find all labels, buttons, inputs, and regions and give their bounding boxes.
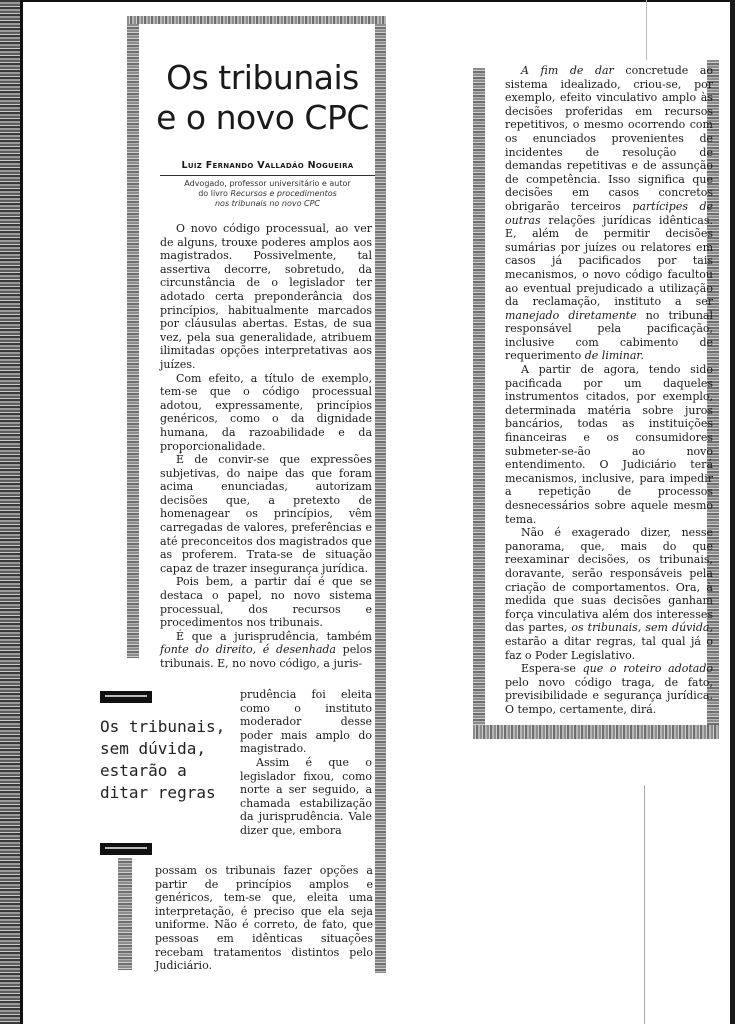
paragraph: É de convir-se que expressões subjetivas…: [160, 453, 372, 575]
scan-edge-left: [0, 0, 22, 1024]
paragraph: Assim é que o legislador fixou, como nor…: [240, 756, 372, 838]
left-column-bottom: possam os tribunais fazer opções a parti…: [155, 864, 373, 973]
paragraph: prudência foi eleita como o instituto mo…: [240, 688, 372, 756]
right-column-body: A fim de dar concretude ao sistema ideal…: [505, 64, 713, 717]
left-frame-left-bar: [127, 18, 139, 658]
paragraph: Com efeito, a título de exemplo, tem-se …: [160, 372, 372, 454]
paragraph: É que a jurisprudência, também fonte do …: [160, 630, 372, 671]
article-title: Os tribunais e o novo CPC: [150, 58, 375, 138]
paragraph: Pois bem, a partir daí é que se destaca …: [160, 575, 372, 629]
left-frame-top-bar: [127, 16, 386, 24]
right-frame-left-bar: [473, 68, 485, 736]
author-name: Luiz Fernando Valladão Nogueira: [160, 160, 375, 171]
left-column-narrow: prudência foi eleita como o instituto mo…: [240, 688, 372, 838]
left-frame-left-bar-lower: [118, 858, 132, 970]
scan-border-top: [20, 0, 735, 2]
title-line-2: e o novo CPC: [150, 98, 375, 138]
paragraph: Espera-se que o roteiro adotado pelo nov…: [505, 662, 713, 716]
paragraph: Não é exagerado dizer, nesse panorama, q…: [505, 526, 713, 662]
paragraph: A partir de agora, tendo sido pacificada…: [505, 363, 713, 526]
right-frame-bottom-bar: [473, 725, 719, 739]
author-bio: Advogado, professor universitário e auto…: [165, 179, 370, 209]
scan-border-left: [20, 0, 23, 1024]
paragraph: O novo código processual, ao ver de algu…: [160, 222, 372, 372]
left-column-body: O novo código processual, ao ver de algu…: [160, 222, 372, 671]
author-rule: [160, 175, 375, 176]
fold-line: [644, 785, 645, 1024]
scan-border-right: [730, 0, 735, 1024]
pull-quote: Os tribunais, sem dúvida, estarão a dita…: [100, 716, 240, 804]
pull-quote-tag-top: [100, 691, 152, 703]
title-line-1: Os tribunais: [150, 58, 375, 98]
paragraph: A fim de dar concretude ao sistema ideal…: [505, 64, 713, 363]
left-frame-right-bar: [375, 18, 386, 973]
fold-line-top: [646, 0, 647, 60]
pull-quote-tag-bottom: [100, 843, 152, 855]
paragraph: possam os tribunais fazer opções a parti…: [155, 864, 373, 973]
